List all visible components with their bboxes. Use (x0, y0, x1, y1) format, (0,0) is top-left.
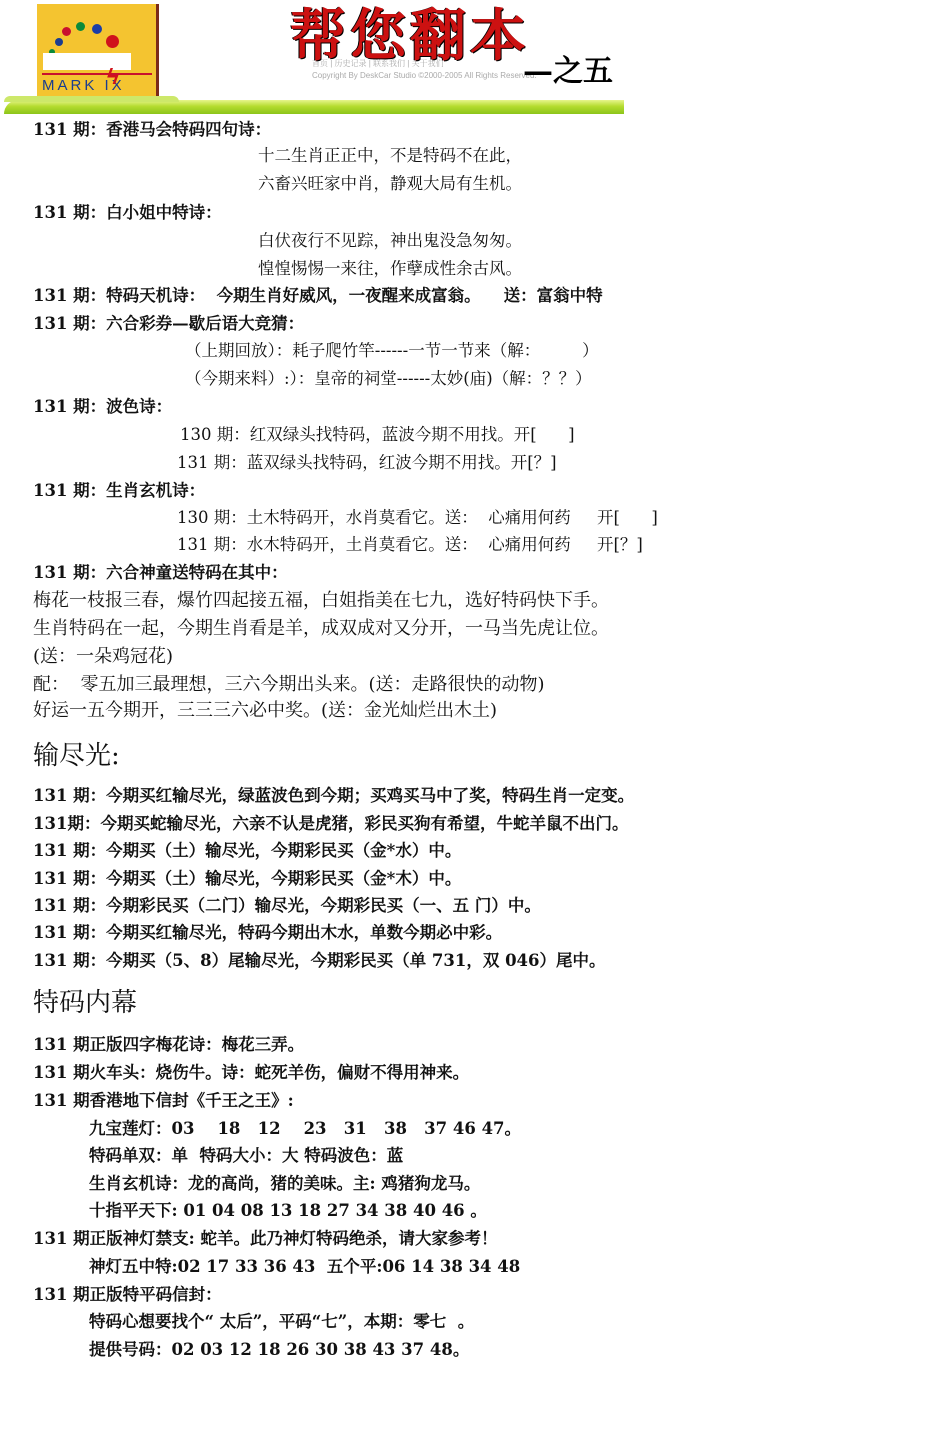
poem-line: 六畜兴旺家中肖，静观大局有生机。 (258, 173, 522, 195)
lightning-icon: ϟ (107, 64, 119, 90)
zodiac-poem-line: 131 期：水木特码开，土肖莫看它。送： 心痛用何药 开[？] (177, 534, 643, 556)
mark-six-logo: MARK IX ϟ (37, 4, 159, 98)
riddle-line: （上期回放）：耗子爬竹竿------一节一节来（解： ） (185, 340, 599, 362)
header: MARK IX ϟ 首页 | 历史记录 | 联系我们 | 关于我们 Copyri… (0, 0, 930, 118)
lose-all-line: 131 期：今期买（土）输尽光，今期彩民买（金*水）中。 (33, 840, 461, 862)
lose-all-line: 131 期：今期买（土）输尽光，今期彩民买（金*木）中。 (33, 868, 461, 890)
ball-icon (76, 22, 85, 31)
poem-heading: 131 期：特码天机诗： 今期生肖好威风，一夜醒来成富翁。 送：富翁中特 (33, 285, 603, 307)
zodiac-poem-line: 130 期：土木特码开，水肖莫看它。送： 心痛用何药 开[ ] (177, 507, 658, 529)
luck-line: 好运一五今期开，三三三六必中奖。(送：金光灿烂出木土) (33, 700, 497, 722)
inside-detail-line: 神灯五中特:02 17 33 36 43 五个平:06 14 38 34 48 (89, 1256, 520, 1278)
poem-heading: 131 期：波色诗： (33, 396, 172, 418)
logo-rule (42, 73, 152, 75)
gift-line: (送：一朵鸡冠花) (33, 646, 173, 668)
poem-line: 生肖特码在一起，今期生肖看是羊，成双成对又分开，一马当先虎让位。 (33, 618, 609, 640)
inside-detail-line: 特码心想要找个“ 太后”，平码“七”，本期：零七 。 (89, 1311, 474, 1333)
riddle-line: （今期来料）:）：皇帝的祠堂------太妙(庙)（解：？？） (185, 368, 592, 390)
lose-all-line: 131 期：今期彩民买（二门）输尽光，今期彩民买（一、五 门）中。 (33, 895, 541, 917)
poem-line: 白伏夜行不见踪，神出鬼没急匆匆。 (258, 230, 522, 252)
ball-icon (92, 24, 102, 34)
page-title: 帮您翻本 (290, 2, 530, 70)
lose-all-line: 131期：今期买蛇输尽光，六亲不认是虎猪，彩民买狗有希望，牛蛇羊鼠不出门。 (33, 813, 628, 835)
color-poem-line: 130 期：红双绿头找特码，蓝波今期不用找。开[ ] (180, 424, 575, 446)
inside-line: 131 期正版特平码信封： (33, 1284, 222, 1306)
poem-heading: 131 期：白小姐中特诗： (33, 202, 222, 224)
poem-heading: 131 期：生肖玄机诗： (33, 480, 205, 502)
color-poem-line: 131 期：蓝双绿头找特码，红波今期不用找。开[？] (177, 452, 557, 474)
ball-icon (62, 27, 71, 36)
inside-detail-line: 十指平天下: 01 04 08 13 18 27 34 38 40 46 。 (89, 1200, 487, 1222)
poem-line: 惶惶惕惕一来往，作孽成性余古风。 (258, 258, 522, 280)
poem-line: 十二生肖正正中，不是特码不在此， (258, 145, 522, 167)
inside-line: 131 期火车头：烧伤牛。诗：蛇死羊伤，偏财不得用神来。 (33, 1062, 469, 1084)
poem-heading: 131 期：六合彩券—歇后语大竞猜： (33, 313, 304, 335)
copyright-text: Copyright By DeskCar Studio ©2000-2005 A… (312, 70, 537, 82)
section-title-inside: 特码内幕 (33, 987, 137, 1019)
ball-icon (106, 35, 119, 48)
lose-all-line: 131 期：今期买红输尽光，特码今期出木水，单数今期必中彩。 (33, 922, 502, 944)
inside-line: 131 期香港地下信封《千王之王》: (33, 1090, 294, 1112)
poem-heading: 131 期：香港马会特码四句诗： (33, 119, 271, 141)
ball-icon (55, 38, 63, 46)
inside-line: 131 期正版神灯禁支: 蛇羊。此乃神灯特码绝杀，请大家参考！ (33, 1228, 498, 1250)
page-title-suffix: —之五 (523, 46, 613, 90)
inside-detail-line: 九宝莲灯：03 18 12 23 31 38 37 46 47。 (89, 1118, 521, 1140)
inside-line: 131 期正版四字梅花诗：梅花三弄。 (33, 1034, 304, 1056)
inside-detail-line: 提供号码：02 03 12 18 26 30 38 43 37 48。 (89, 1339, 469, 1361)
header-green-bar (4, 100, 624, 114)
inside-detail-line: 特码单双：单 特码大小：大 特码波色：蓝 (89, 1145, 403, 1167)
lose-all-line: 131 期：今期买（5、8）尾输尽光，今期彩民买（单 731，双 046）尾中。 (33, 950, 606, 972)
lose-all-line: 131 期：今期买红输尽光，绿蓝波色到今期；买鸡买马中了奖，特码生肖一定变。 (33, 785, 634, 807)
poem-heading: 131 期：六合神童送特码在其中： (33, 562, 288, 584)
poem-line: 梅花一枝报三春，爆竹四起接五福，白姐指美在七九，选好特码快下手。 (33, 590, 609, 612)
section-title-lose-all: 输尽光: (33, 740, 120, 772)
pair-line: 配： 零五加三最理想，三六今期出头来。(送：走路很快的动物) (33, 674, 545, 696)
inside-detail-line: 生肖玄机诗：龙的高尚，猪的美味。主: 鸡猪狗龙马。 (89, 1173, 480, 1195)
